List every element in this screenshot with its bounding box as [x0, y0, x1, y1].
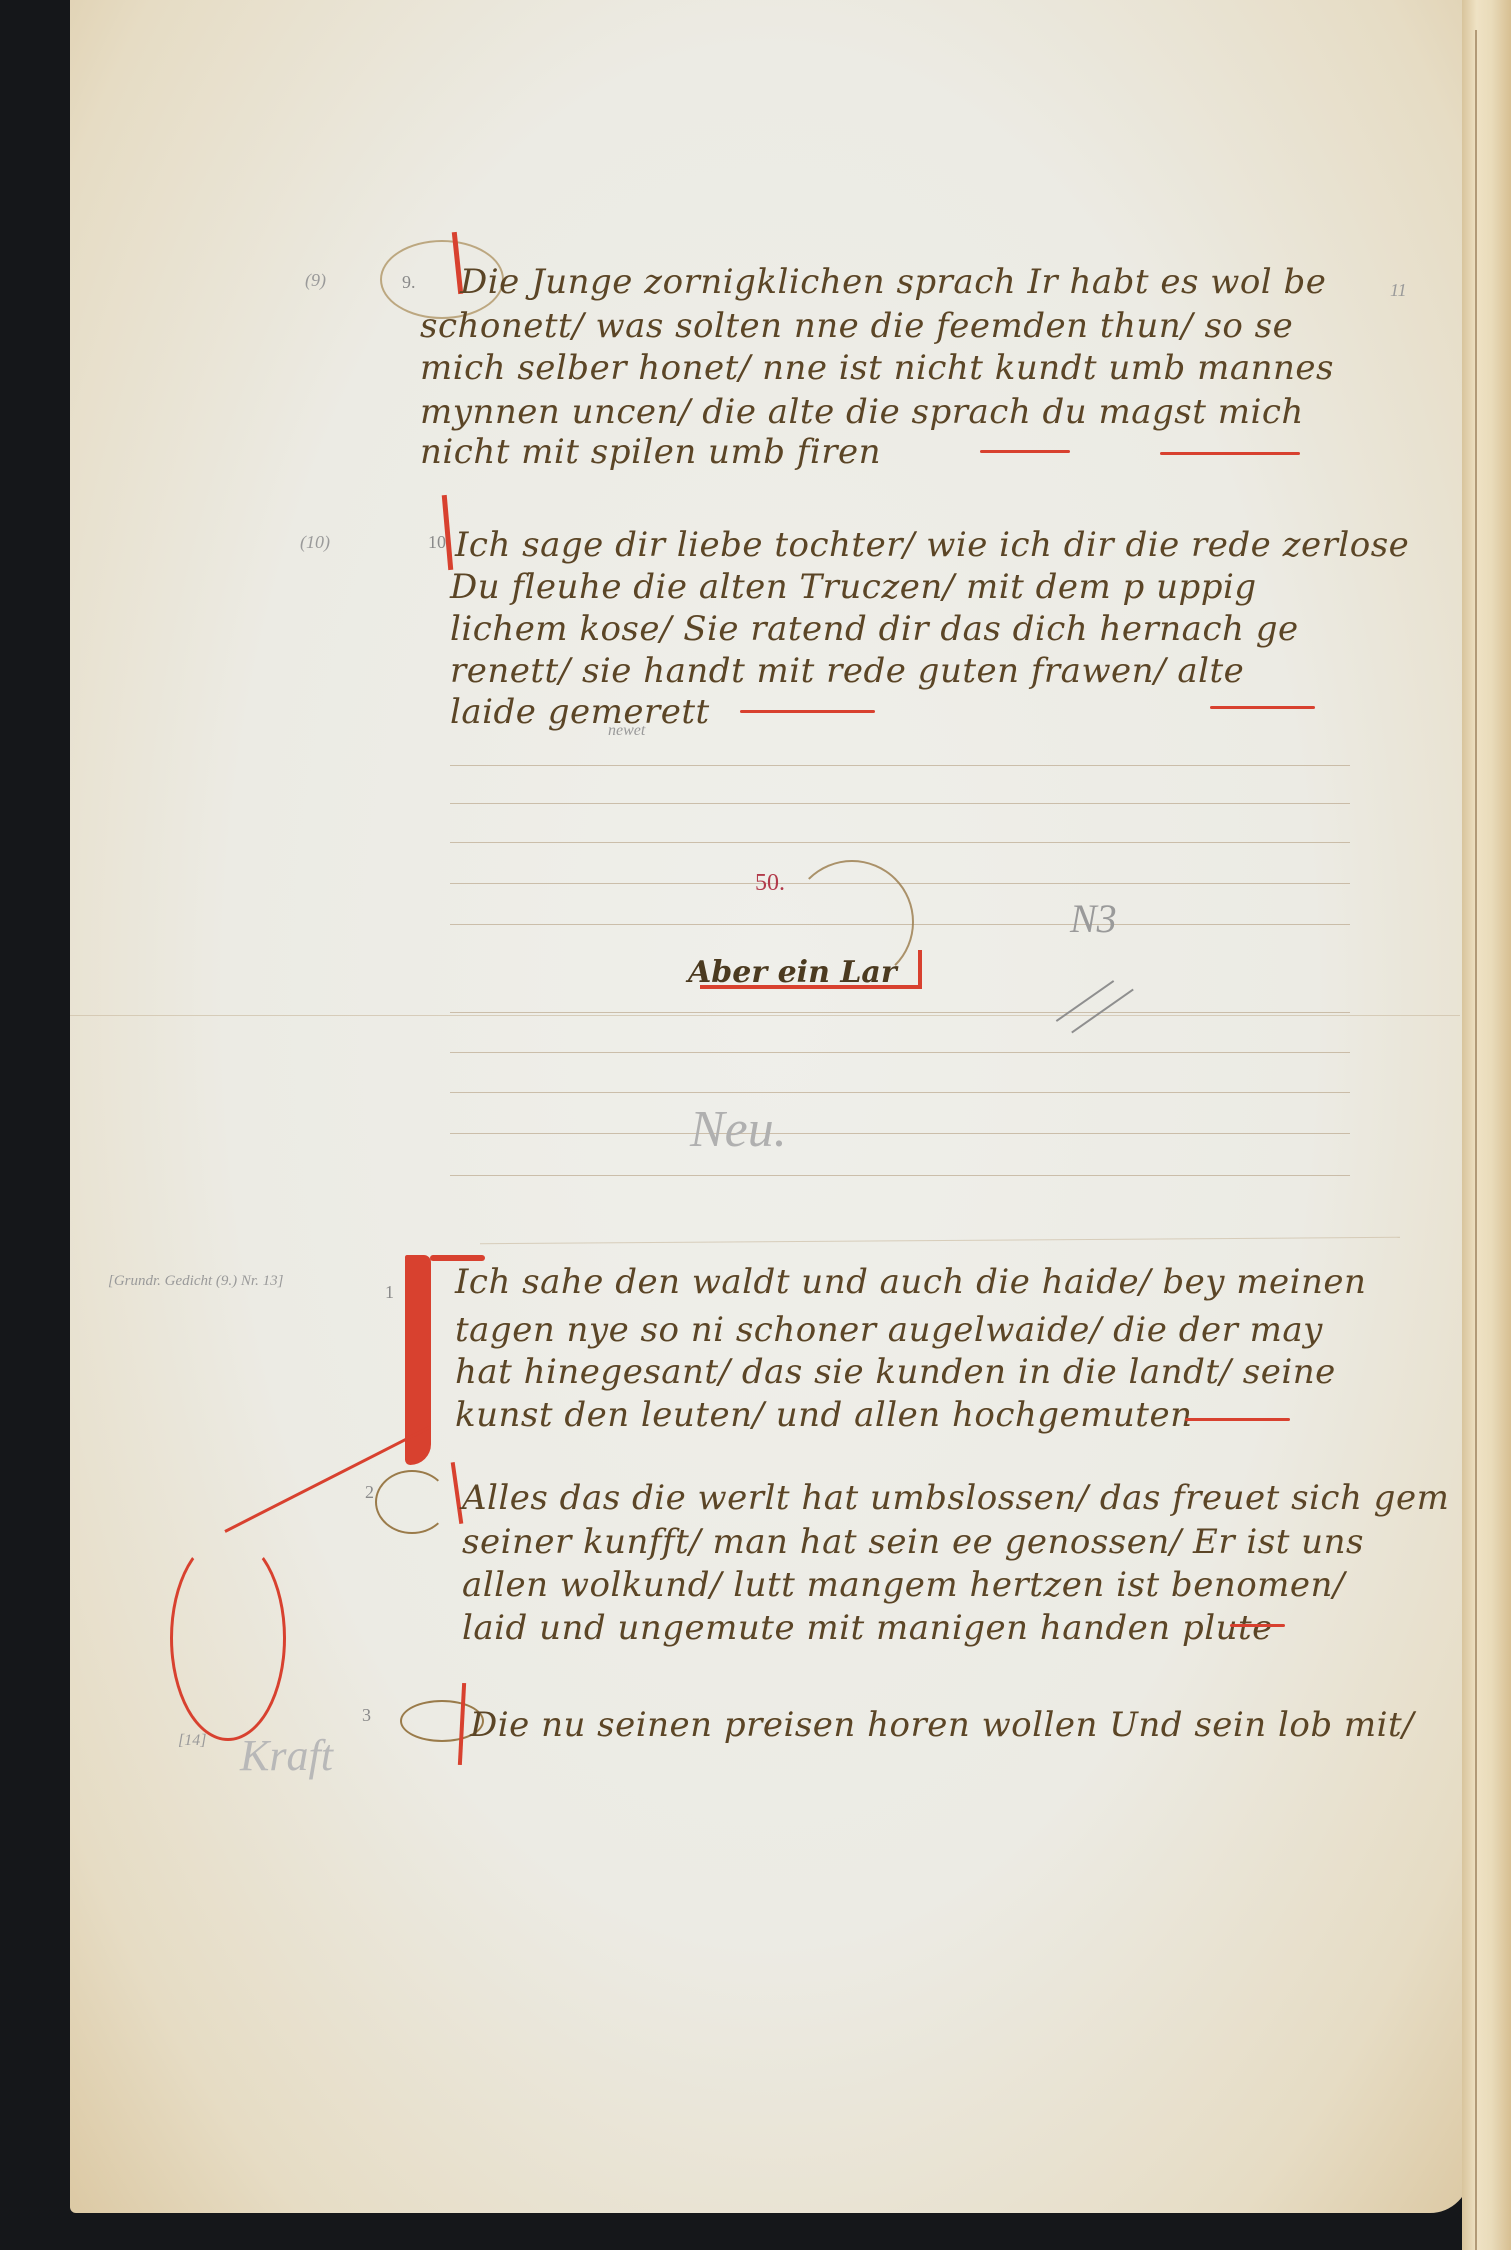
rubric-underline: [700, 985, 922, 989]
text-line: hat hinegesant/ das sie kunden in die la…: [455, 1352, 1336, 1392]
binding-gutter: [1462, 0, 1511, 2250]
pencil-reference: [14]: [178, 1732, 206, 1750]
text-line: laid und ungemute mit manigen handen plu…: [462, 1608, 1273, 1648]
ruled-line: [450, 1133, 1350, 1134]
verse-number: 2: [365, 1482, 374, 1503]
marginal-pencil-right: 11: [1390, 280, 1407, 301]
text-line: schonett/ was solten nne die feemden thu…: [420, 306, 1293, 346]
rubric-line-filler: [740, 710, 875, 713]
initial-top-stroke: [430, 1255, 485, 1261]
pencil-note: N3: [1070, 895, 1117, 942]
text-line: laide gemerett: [450, 692, 710, 732]
text-line: allen wolkund/ lutt mangem hertzen ist b…: [462, 1565, 1345, 1605]
text-line: mynnen uncen/ die alte die sprach du mag…: [420, 392, 1304, 432]
verse-number: 3: [362, 1705, 371, 1726]
text-line: kunst den leuten/ und allen hochgemuten: [455, 1395, 1192, 1435]
ruled-line: [450, 842, 1350, 843]
text-line: Ich sahe den waldt und auch die haide/ b…: [455, 1262, 1366, 1302]
rubric-line-filler: [1160, 452, 1300, 455]
pencil-number: (9): [305, 270, 326, 291]
pencil-reference: [Grundr. Gedicht (9.) Nr. 13]: [108, 1273, 283, 1290]
ruled-line: [450, 1092, 1350, 1093]
ruled-line: [450, 1175, 1350, 1176]
text-line: renett/ sie handt mit rede guten frawen/…: [450, 651, 1244, 691]
ruled-line: [450, 765, 1350, 766]
pencil-gloss: newet: [608, 722, 645, 740]
text-line: Du fleuhe die alten Truczen/ mit dem p u…: [450, 567, 1257, 607]
text-line: Die nu seinen preisen horen wollen Und s…: [470, 1705, 1414, 1745]
flourish-icon: [375, 1470, 449, 1534]
text-line: seiner kunfft/ man hat sein ee genossen/…: [462, 1522, 1364, 1562]
text-line: tagen nye so ni schoner augelwaide/ die …: [455, 1310, 1323, 1350]
text-line: Alles das die werlt hat umbslossen/ das …: [462, 1478, 1449, 1518]
text-line: Ich sage dir liebe tochter/ wie ich dir …: [455, 525, 1409, 565]
ruled-line: [450, 1012, 1350, 1013]
rubric-bracket: [918, 950, 922, 988]
rubric-line-filler: [980, 450, 1070, 453]
page-crease: [70, 1015, 1460, 1016]
ruled-line: [450, 1052, 1350, 1053]
poem-number: 50.: [755, 870, 785, 897]
verse-number: 1: [385, 1282, 394, 1303]
ruled-line: [450, 803, 1350, 804]
text-line: nicht mit spilen umb firen: [420, 432, 881, 472]
rubric-line-filler: [1210, 706, 1315, 709]
text-line: mich selber honet/ nne ist nicht kundt u…: [420, 348, 1334, 388]
rubric-line-filler: [1185, 1418, 1290, 1421]
pencil-note: Neu.: [690, 1100, 787, 1159]
text-line: Die Junge zornigklichen sprach Ir habt e…: [460, 262, 1326, 302]
text-line: lichem kose/ Sie ratend dir das dich her…: [450, 609, 1299, 649]
gutter-fold: [1475, 30, 1477, 2250]
initial-flourish-icon: [170, 1535, 286, 1741]
pencil-gloss: Kraft: [240, 1730, 333, 1781]
pencil-number: (10): [300, 532, 330, 553]
rubric-line-filler: [1230, 1624, 1285, 1627]
